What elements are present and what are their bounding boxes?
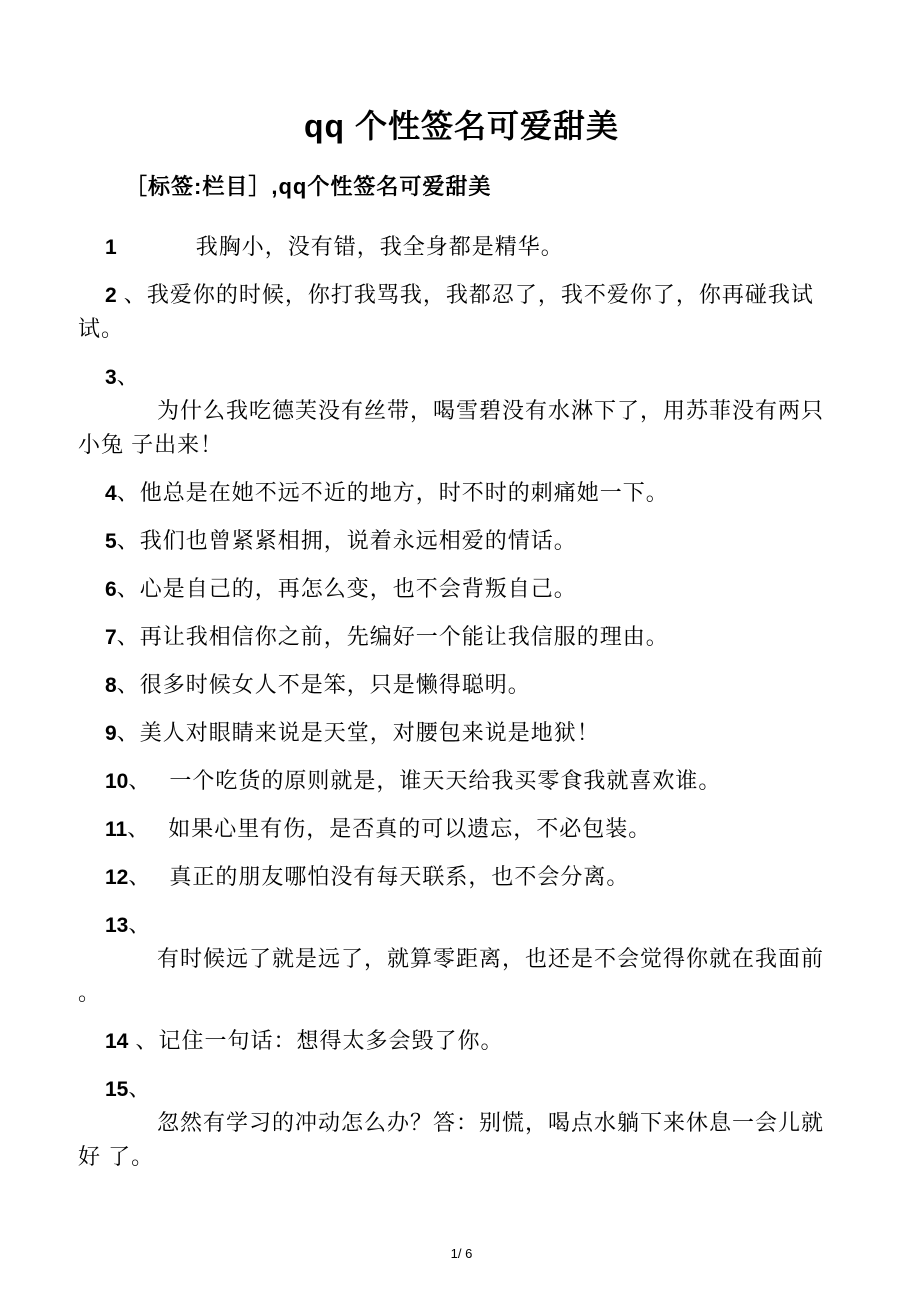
item-line: 3、: [78, 360, 845, 394]
item-number: 3: [105, 366, 117, 389]
item-line: 8、很多时候女人不是笨，只是懒得聪明。: [78, 668, 845, 702]
item-number: 5: [105, 530, 117, 553]
item-separator: 、: [128, 768, 151, 793]
item-text: 如果心里有伤，是否真的可以遗忘，不必包装。: [168, 816, 651, 841]
item-number: 6: [105, 578, 117, 601]
list-item: 1我胸小，没有错，我全身都是精华。: [78, 230, 845, 264]
item-text: 为什么我吃德芙没有丝带，喝雪碧没有水淋下了，用苏菲没有两只: [157, 398, 824, 423]
item-separator: 、: [117, 282, 147, 307]
list-item: 11、如果心里有伤，是否真的可以遗忘，不必包装。: [78, 812, 845, 846]
item-line: 14 、记住一句话：想得太多会毁了你。: [78, 1024, 845, 1058]
item-number: 11: [105, 818, 127, 841]
item-gap: [151, 883, 169, 884]
item-separator: 、: [117, 720, 140, 745]
item-separator: 、: [128, 864, 151, 889]
item-text: 试。: [78, 316, 124, 341]
list-item: 3、为什么我吃德芙没有丝带，喝雪碧没有水淋下了，用苏菲没有两只小兔 子出来！: [78, 360, 845, 462]
item-line: 4、他总是在她不远不近的地方，时不时的刺痛她一下。: [78, 476, 845, 510]
list-item: 8、很多时候女人不是笨，只是懒得聪明。: [78, 668, 845, 702]
item-separator: 、: [128, 1028, 158, 1053]
item-line: 15、: [78, 1072, 845, 1106]
document-content: qq 个性签名可爱甜美 ［标签:栏目］,qq个性签名可爱甜美 1我胸小，没有错，…: [78, 0, 845, 1188]
item-number: 4: [105, 482, 117, 505]
list-item: 12、真正的朋友哪怕没有每天联系，也不会分离。: [78, 860, 845, 894]
item-separator: 、: [117, 672, 140, 697]
item-text: 真正的朋友哪怕没有每天联系，也不会分离。: [169, 864, 629, 889]
item-gap: [151, 787, 169, 788]
item-separator: 、: [117, 576, 140, 601]
item-separator: 、: [128, 912, 151, 937]
item-text: 忽然有学习的冲动怎么办？答：别慌，喝点水躺下来休息一会儿就: [157, 1110, 824, 1135]
list-item: 4、他总是在她不远不近的地方，时不时的刺痛她一下。: [78, 476, 845, 510]
item-line: 为什么我吃德芙没有丝带，喝雪碧没有水淋下了，用苏菲没有两只: [78, 394, 845, 428]
item-line: 1我胸小，没有错，我全身都是精华。: [78, 230, 845, 264]
item-text: 。: [78, 980, 101, 1005]
item-line: 7、再让我相信你之前，先编好一个能让我信服的理由。: [78, 620, 845, 654]
item-line: 忽然有学习的冲动怎么办？答：别慌，喝点水躺下来休息一会儿就: [78, 1106, 845, 1140]
item-text: 小兔 子出来！: [78, 432, 223, 457]
item-separator: 、: [128, 1076, 151, 1101]
item-text: 美人对眼睛来说是天堂，对腰包来说是地狱！: [140, 720, 600, 745]
item-line: 有时候远了就是远了，就算零距离，也还是不会觉得你就在我面前: [78, 942, 845, 976]
item-separator: 、: [117, 624, 140, 649]
item-separator: 、: [117, 480, 140, 505]
list-item: 9、美人对眼睛来说是天堂，对腰包来说是地狱！: [78, 716, 845, 750]
item-number: 8: [105, 674, 117, 697]
item-text: 一个吃货的原则就是，谁天天给我买零食我就喜欢谁。: [169, 768, 721, 793]
list-item: 13、有时候远了就是远了，就算零距离，也还是不会觉得你就在我面前。: [78, 908, 845, 1010]
list-item: 14 、记住一句话：想得太多会毁了你。: [78, 1024, 845, 1058]
item-text: 我们也曾紧紧相拥，说着永远相爱的情话。: [140, 528, 577, 553]
item-text: 记住一句话：想得太多会毁了你。: [158, 1028, 503, 1053]
item-number: 10: [105, 770, 128, 793]
item-text: 有时候远了就是远了，就算零距离，也还是不会觉得你就在我面前: [157, 946, 824, 971]
list-item: 2 、我爱你的时候，你打我骂我，我都忍了，我不爱你了，你再碰我试试。: [78, 278, 845, 346]
item-line: 11、如果心里有伤，是否真的可以遗忘，不必包装。: [78, 812, 845, 846]
item-line: 9、美人对眼睛来说是天堂，对腰包来说是地狱！: [78, 716, 845, 750]
item-line: 。: [78, 976, 845, 1010]
list-item: 5、我们也曾紧紧相拥，说着永远相爱的情话。: [78, 524, 845, 558]
item-line: 5、我们也曾紧紧相拥，说着永远相爱的情话。: [78, 524, 845, 558]
item-number: 9: [105, 722, 117, 745]
item-line: 10、一个吃货的原则就是，谁天天给我买零食我就喜欢谁。: [78, 764, 845, 798]
item-line: 试。: [78, 312, 845, 346]
item-number: 1: [105, 236, 117, 259]
signature-list: 1我胸小，没有错，我全身都是精华。2 、我爱你的时候，你打我骂我，我都忍了，我不…: [78, 230, 845, 1174]
item-gap: [150, 835, 168, 836]
item-separator: 、: [117, 528, 140, 553]
item-line: 小兔 子出来！: [78, 428, 845, 462]
item-text: 再让我相信你之前，先编好一个能让我信服的理由。: [140, 624, 669, 649]
item-number: 2: [105, 284, 117, 307]
item-text: 好 了。: [78, 1144, 154, 1169]
item-text: 我胸小，没有错，我全身都是精华。: [196, 234, 564, 259]
item-line: 好 了。: [78, 1140, 845, 1174]
item-separator: 、: [117, 364, 140, 389]
item-gap: [117, 253, 196, 254]
item-text: 我爱你的时候，你打我骂我，我都忍了，我不爱你了，你再碰我试: [147, 282, 814, 307]
item-number: 14: [105, 1030, 128, 1053]
item-number: 13: [105, 914, 128, 937]
item-line: 2 、我爱你的时候，你打我骂我，我都忍了，我不爱你了，你再碰我试: [78, 278, 845, 312]
tagline: ［标签:栏目］,qq个性签名可爱甜美: [78, 172, 845, 202]
item-number: 12: [105, 866, 128, 889]
list-item: 10、一个吃货的原则就是，谁天天给我买零食我就喜欢谁。: [78, 764, 845, 798]
item-text: 他总是在她不远不近的地方，时不时的刺痛她一下。: [140, 480, 669, 505]
item-separator: 、: [127, 816, 150, 841]
item-line: 6、心是自己的，再怎么变，也不会背叛自己。: [78, 572, 845, 606]
item-number: 15: [105, 1078, 128, 1101]
item-text: 心是自己的，再怎么变，也不会背叛自己。: [140, 576, 577, 601]
list-item: 7、再让我相信你之前，先编好一个能让我信服的理由。: [78, 620, 845, 654]
item-number: 7: [105, 626, 117, 649]
list-item: 6、心是自己的，再怎么变，也不会背叛自己。: [78, 572, 845, 606]
page-number: 1/ 6: [78, 1247, 845, 1261]
document-page: qq 个性签名可爱甜美 ［标签:栏目］,qq个性签名可爱甜美 1我胸小，没有错，…: [0, 0, 920, 1303]
item-line: 13、: [78, 908, 845, 942]
item-line: 12、真正的朋友哪怕没有每天联系，也不会分离。: [78, 860, 845, 894]
list-item: 15、忽然有学习的冲动怎么办？答：别慌，喝点水躺下来休息一会儿就好 了。: [78, 1072, 845, 1174]
item-text: 很多时候女人不是笨，只是懒得聪明。: [140, 672, 531, 697]
document-title: qq 个性签名可爱甜美: [78, 106, 845, 146]
